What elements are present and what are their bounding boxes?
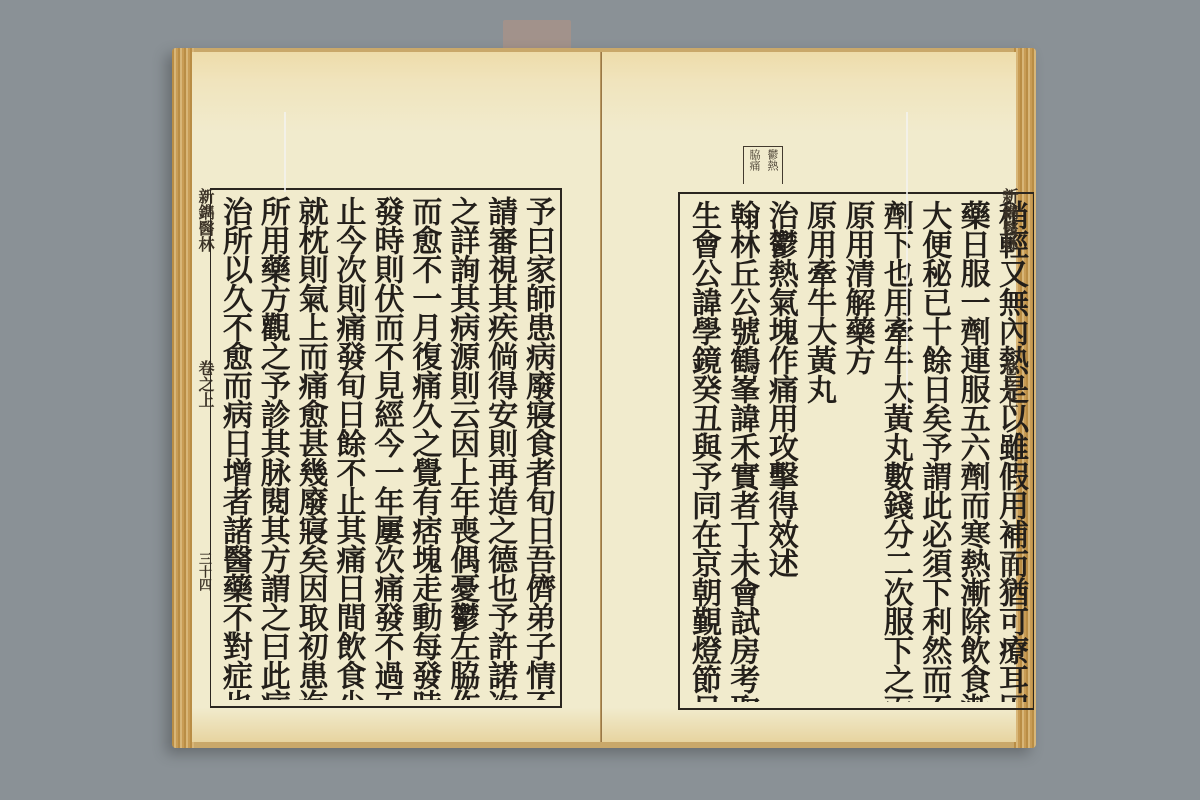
open-book: 新鐫醫林 卷之上 三十四 予曰家師患病廢寢食者旬日吾儕弟子情不容已敢 請審視其疾… [172, 48, 1036, 748]
text-column-with-note: 原用牽牛大黃丸 見前腹痛條 [799, 200, 837, 702]
repair-thread [906, 112, 908, 412]
text-column: 之詳詢其病源則云因上年喪偶憂鬱左脇作痛數日 [442, 196, 480, 700]
text-column: 止今次則痛發旬日餘不止其痛日間飲食少進夜間 [329, 196, 367, 700]
right-margin-volume: 卷之上 [998, 360, 1021, 408]
right-margin-page-number: 三十三 [998, 552, 1017, 591]
text-column: 稍輕又無內熱是以雖假用補而猶可療耳因用清解 [991, 200, 1029, 702]
text-column: 翰林丘公號鶴峯諱禾實者丁未會試房考取萬安門 [722, 200, 760, 702]
text-column: 而愈不一月復痛久之覺有痞塊走動每發時有形不 [404, 196, 442, 700]
text-column: 所用藥方觀之予診其脉閱其方謂之曰此病原不難 [253, 196, 291, 700]
text-column: 就枕則氣上而痛愈甚幾廢寢矣因取初患迄今諸醫 [291, 196, 329, 700]
text-column: 大便秘已十餘日矣予謂此必須下利然而不可以熱 [914, 200, 952, 702]
text-column: 予曰家師患病廢寢食者旬日吾儕弟子情不容已敢 [518, 196, 556, 700]
left-text-frame: 予曰家師患病廢寢食者旬日吾儕弟子情不容已敢 請審視其疾倘得安則再造之德也予許諾次… [210, 188, 562, 708]
right-text-frame: 稍輕又無內熱是以雖假用補而猶可療耳因用清解 藥日服一劑連服五六劑而寒熱漸除飲食漸… [678, 192, 1034, 710]
text-column: 治所以久不愈而病日增者諸醫藥不對症也病生於 [215, 196, 253, 700]
section-label-line: 鬱熱 [764, 149, 780, 184]
text-column: 發時則伏而不見經今一年屢次痛發不過五六日即 [367, 196, 405, 700]
left-text-columns: 予曰家師患病廢寢食者旬日吾儕弟子情不容已敢 請審視其疾倘得安則再造之德也予許諾次… [215, 196, 556, 700]
right-text-columns: 稍輕又無內熱是以雖假用補而猶可療耳因用清解 藥日服一劑連服五六劑而寒熱漸除飲食漸… [684, 200, 1029, 702]
section-heading-label: 鬱熱 脇痛 [743, 146, 783, 184]
repair-thread [284, 112, 286, 192]
section-label-line: 脇痛 [746, 149, 762, 184]
text-column: 請審視其疾倘得安則再造之德也予許諾次日往視 [480, 196, 518, 700]
left-page-edges [172, 48, 194, 748]
column-main-text: 原用清解藥方 [838, 200, 876, 702]
text-column: 生會公諱學鏡癸丑與予同在京朝覲燈節日會公訪 [684, 200, 722, 702]
right-margin-title: 新鐫醫林 [998, 188, 1021, 252]
right-page: 稍輕又無內熱是以雖假用補而猶可療耳因用清解 藥日服一劑連服五六劑而寒熱漸除飲食漸… [602, 52, 1016, 742]
text-column: 劑下也用牽牛大黃丸數錢分二次服下之而安 [876, 200, 914, 702]
column-main-text: 原用牽牛大黃丸 [799, 200, 837, 702]
text-column: 藥日服一劑連服五六劑而寒熱漸除飲食漸進然其 [953, 200, 991, 702]
left-page: 新鐫醫林 卷之上 三十四 予曰家師患病廢寢食者旬日吾儕弟子情不容已敢 請審視其疾… [192, 52, 602, 742]
text-column-with-note: 原用清解藥方 見前內傷挾外感條 [838, 200, 876, 702]
text-column: 治鬱熱氣塊作痛用攻擊得效述 [761, 200, 799, 702]
